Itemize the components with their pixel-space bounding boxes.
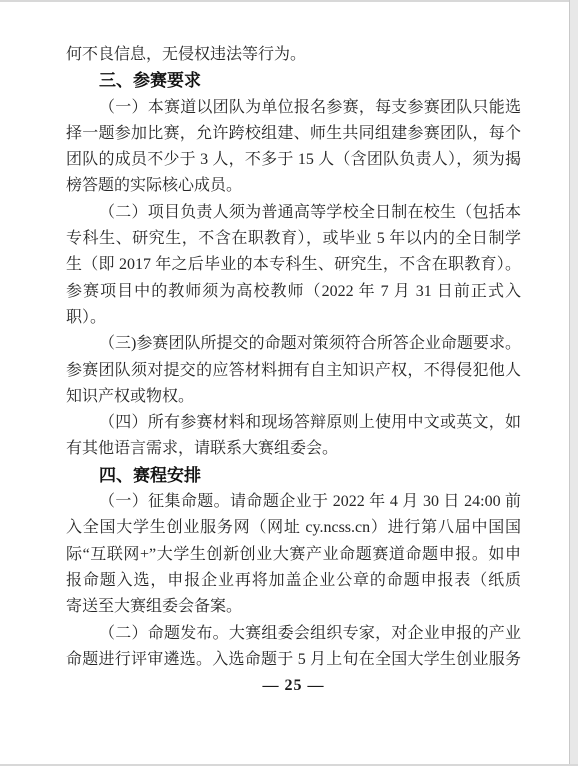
text-line: 职）。 <box>66 305 521 331</box>
text-line: 何不良信息，无侵权违法等行为。 <box>66 42 521 68</box>
text-line: 团队的成员不少于 3 人，不多于 15 人（含团队负责人），须为揭 <box>66 147 521 173</box>
section-heading: 四、赛程安排 <box>66 463 521 489</box>
text-line: 命题进行评审遴选。入选命题于 5 月上旬在全国大学生创业服务 <box>66 647 521 673</box>
text-line: 报命题入选，申报企业再将加盖企业公章的命题申报表（纸质稿） <box>66 568 521 594</box>
scan-strip-right <box>569 0 578 766</box>
text-line: 专科生、研究生，不含在职教育），或毕业 5 年以内的全日制学 <box>66 226 521 252</box>
text-line: （一）征集命题。请命题企业于 2022 年 4 月 30 日 24:00 前进 <box>66 489 521 515</box>
text-line: （四）所有参赛材料和现场答辩原则上使用中文或英文，如 <box>66 410 521 436</box>
text-line: 择一题参加比赛，允许跨校组建、师生共同组建参赛团队，每个 <box>66 121 521 147</box>
text-line: （二）项目负责人须为普通高等学校全日制在校生（包括本 <box>66 200 521 226</box>
text-line: 知识产权或物权。 <box>66 384 521 410</box>
page-number: — 25 — <box>66 673 521 699</box>
text-line: （三)参赛团队所提交的命题对策须符合所答企业命题要求。 <box>66 331 521 357</box>
document-page: { "document": { "page_number": "— 25 —",… <box>0 0 578 766</box>
text-line: 寄送至大赛组委会备案。 <box>66 594 521 620</box>
text-line: 有其他语言需求，请联系大赛组委会。 <box>66 436 521 462</box>
document-body: 何不良信息，无侵权违法等行为。三、参赛要求（一）本赛道以团队为单位报名参赛，每支… <box>66 42 521 699</box>
text-line: 榜答题的实际核心成员。 <box>66 173 521 199</box>
scan-edge-top <box>0 0 578 2</box>
text-line: （一）本赛道以团队为单位报名参赛，每支参赛团队只能选 <box>66 95 521 121</box>
text-line: 参赛项目中的教师须为高校教师（2022 年 7 月 31 日前正式入 <box>66 279 521 305</box>
text-line: 参赛团队须对提交的应答材料拥有自主知识产权，不得侵犯他人 <box>66 358 521 384</box>
text-line: 生（即 2017 年之后毕业的本专科生、研究生，不含在职教育）。 <box>66 252 521 278</box>
text-line: 入全国大学生创业服务网（网址 cy.ncss.cn）进行第八届中国国 <box>66 515 521 541</box>
section-heading: 三、参赛要求 <box>66 68 521 94</box>
text-line: 际“互联网+”大学生创新创业大赛产业命题赛道命题申报。如申 <box>66 542 521 568</box>
text-line: （二）命题发布。大赛组委会组织专家，对企业申报的产业 <box>66 621 521 647</box>
